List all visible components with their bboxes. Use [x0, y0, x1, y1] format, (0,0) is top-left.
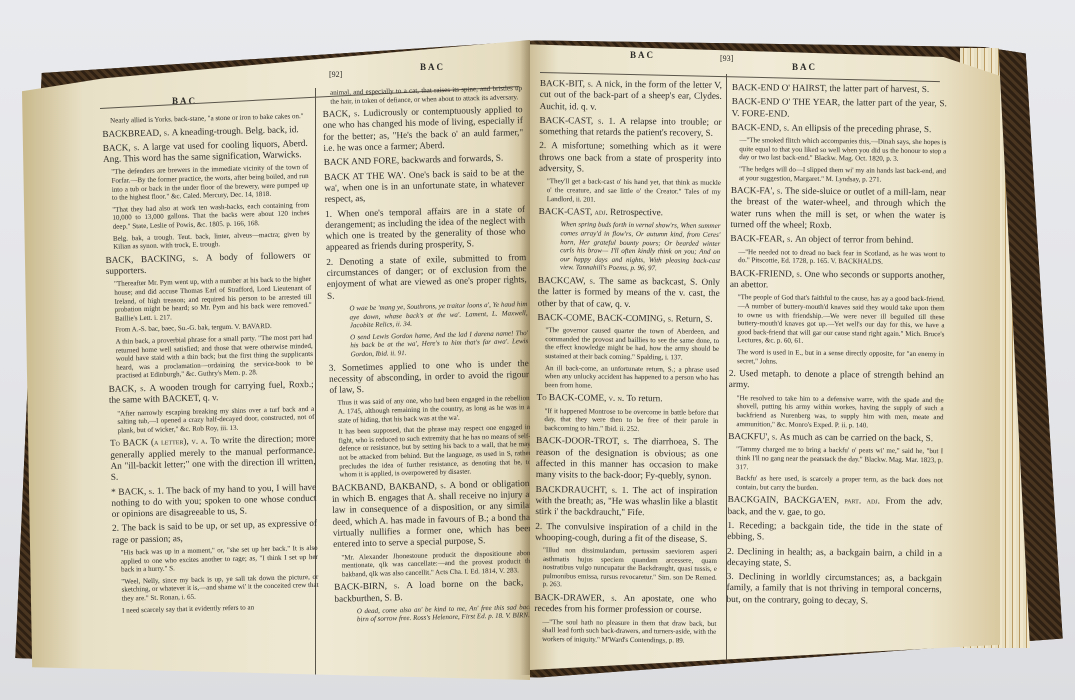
headword: 2. [539, 140, 551, 150]
dictionary-entry: BACK-DRAWER, s. An apostate, one who rec… [534, 592, 716, 616]
quotation: —"The smoked flitch which accompanies th… [739, 136, 946, 164]
headword: BACK-END, s. [731, 122, 791, 133]
headword: To BACK-COME, v. n. [537, 392, 627, 403]
quotation: animal, and especially to a cat, that ra… [330, 84, 522, 106]
dictionary-entry: BACK-END O' THE YEAR, the latter part of… [732, 96, 947, 121]
headword: 3. [329, 362, 342, 372]
headword: BACK-DOOR-TROT, s. [536, 435, 633, 446]
headword: BACK-FEAR, s. [730, 233, 795, 244]
headword: To BACK (a letter), v. a. [110, 436, 210, 448]
definition: As much as can be carried on the back, S… [780, 432, 933, 444]
headword: BACK-CAST, s. [540, 115, 609, 126]
dictionary-entry: BACKFU', s. As much as can be carried on… [728, 431, 943, 445]
right-running-head-2: BAC [792, 62, 817, 72]
dictionary-entry: BACK-CAST, adj. Retrospective. [539, 206, 721, 219]
dictionary-entry: BACKGAIN, BACKGA'EN, part. adj. From the… [727, 494, 942, 519]
definition: Sometimes applied to one who is under th… [329, 358, 529, 395]
dictionary-entry: BACKBAND, BAKBAND, s. A bond or obligati… [332, 478, 530, 551]
dictionary-entry: 2. Used metaph. to denote a place of str… [729, 368, 944, 393]
dictionary-entry: BACK-CAST, s. 1. A relapse into trouble;… [539, 115, 721, 139]
right-page-number: [93] [720, 54, 733, 63]
quotation: "Tammy charged me to bring a backfu' o' … [736, 446, 943, 474]
definition: Return, S. [676, 313, 713, 323]
headword: BACKBREAD, s. [102, 127, 171, 139]
verse-citation: When spring buds forth in vernal show'rs… [560, 221, 721, 274]
headword: BACK-FRIEND, s. [730, 268, 805, 279]
dictionary-entry: 1. When one's temporal affairs are in a … [325, 204, 526, 254]
quotation: "After narrowly escaping breaking my shi… [117, 404, 315, 435]
quotation: It has been supposed, that the phrase ma… [338, 423, 530, 479]
dictionary-entry: BACK, s. A large vat used for cooling li… [103, 138, 308, 166]
dictionary-entry: 3. Declining in worldly circumstances; a… [727, 571, 942, 607]
dictionary-entry: BACKCAW, s. The same as backcast, S. Onl… [538, 275, 720, 311]
quotation: "That they had also at work ten wash-bac… [112, 201, 310, 232]
dictionary-entry: BACK-END, s. An ellipsis of the precedin… [731, 122, 946, 136]
definition: Receding; a backgain tide, the tide in t… [727, 520, 942, 542]
quotation: "The hedges will do—I slipped them wi' m… [739, 165, 946, 184]
verse-citation: O send Lewis Gordon hame, And the lad I … [350, 329, 529, 359]
definition: When one's temporal affairs are in a sta… [325, 204, 525, 253]
quotation: —"The soul hath no pleasure in them that… [542, 618, 716, 646]
quotation: Backfu' as here used, is scarcely a prop… [736, 474, 943, 493]
quotation: "Illud non dissimulandum, pertussim saev… [543, 546, 717, 591]
headword: BACK-BIRN, s. [334, 580, 406, 592]
dictionary-entry: BACK AT THE WA'. One's back is said to b… [324, 167, 525, 206]
definition: An object of terror from behind. [795, 234, 913, 245]
definition: A kneading-trough. Belg. back, id. [171, 124, 298, 137]
dictionary-entry: BACK, s. Ludicrously or contemptuously a… [323, 104, 524, 154]
headword: BACK, s. [109, 383, 150, 394]
quotation: "Thereafter Mr. Pym went up, with a numb… [114, 275, 312, 323]
headword: BACK-CAST, adj. [539, 206, 611, 217]
definition: Declining in health; as, a backgain bair… [727, 546, 942, 568]
headword: 2. [727, 546, 737, 556]
left-column-1: Nearly allied is Yorks. back-stane, "a s… [102, 111, 319, 618]
quotation: "The people of God that's faithful to th… [737, 293, 945, 347]
headword: BACKGAIN, BACKGA'EN, part. adj. [728, 494, 886, 506]
quotation: "Weel, Nelly, since my back is up, ye sa… [121, 573, 319, 604]
right-running-head-1: BAC [630, 50, 655, 60]
headword: * BACK, s. [111, 485, 157, 496]
definition: An ellipsis of the preceding phrase, S. [791, 123, 931, 134]
right-column-1: BACK-BIT, s. A nick, in the form of the … [534, 78, 722, 648]
definition: the latter part of harvest, S. [829, 83, 929, 94]
headword: 2. [729, 368, 739, 378]
headword: 2. [112, 523, 122, 533]
headword: BACK-BIT, s. [540, 78, 596, 89]
verse-citation: O dead, come also an' be kind to me, An'… [357, 603, 530, 625]
quotation: An ill back-come, an unfortunate return,… [545, 364, 719, 392]
dictionary-entry: To BACK (a letter), v. a. To write the d… [110, 433, 316, 483]
left-page-number: [92] [329, 70, 342, 79]
dictionary-entry: BACKBREAD, s. A kneading-trough. Belg. b… [102, 124, 307, 140]
quotation: "If it happened Montrose to be overcome … [544, 407, 718, 435]
dictionary-entry: BACK-COME, BACK-COMING, s. Return, S. [537, 312, 719, 325]
quotation: —"He needed not to dread no back fear in… [738, 248, 945, 267]
quotation: "The governor caused quarter the town of… [545, 326, 719, 362]
headword: 2. [326, 256, 339, 266]
headword: BACK AT THE WA'. [324, 170, 409, 182]
dictionary-entry: BACK, BACKING, s. A body of followers or… [105, 250, 310, 278]
quotation: "The defenders are brewers in the immedi… [111, 163, 309, 202]
dictionary-entry: BACK, s. A wooden trough for carrying fu… [109, 379, 314, 407]
dictionary-entry: To BACK-COME, v. n. To return. [537, 392, 719, 405]
dictionary-entry: BACK-FEAR, s. An object of terror from b… [730, 233, 945, 247]
left-page: BAC [92] BAC Nearly allied is Yorks. bac… [22, 40, 530, 680]
dictionary-entry: BACKDRAUCHT, s. 1. The act of inspiratio… [535, 484, 717, 520]
dictionary-entry: BACK-FA', s. The side-sluice or outlet o… [730, 185, 945, 232]
dictionary-entry: 2. Declining in health; as, a backgain b… [727, 546, 942, 571]
dictionary-entry: BACK-FRIEND, s. One who seconds or suppo… [730, 268, 945, 293]
headword: 1. [727, 520, 739, 530]
definition: backwards and forwards, S. [401, 153, 503, 165]
quotation: The word is used in E., but in a sense d… [737, 348, 944, 367]
left-column-2: animal, and especially to a cat, that ra… [322, 83, 530, 628]
definition: Retrospective. [610, 207, 663, 218]
dictionary-entry: 2. Denoting a state of exile, submitted … [326, 252, 527, 302]
headword: BACK, BACKING, s. [105, 252, 205, 264]
headword: BACK-END O' THE YEAR, [732, 96, 843, 107]
dictionary-entry: BACK-END O' HAIRST, the latter part of h… [732, 82, 947, 96]
dictionary-entry: 2. The convulsive inspiration of a child… [535, 520, 717, 544]
definition: Used metaph. to denote a place of streng… [729, 368, 944, 389]
dictionary-entry: BACK-BIT, s. A nick, in the form of the … [540, 78, 722, 114]
dictionary-entry: 2. The back is said to be up, or set up,… [112, 518, 317, 546]
quotation: "They'll get a back-cast o' his hand yet… [547, 177, 721, 205]
quotation: I need scarcely say that it evidently re… [122, 601, 319, 614]
dictionary-entry: BACK-BIRN, s. A load borne on the back, … [334, 577, 530, 604]
quotation: Belg. bak, a trough. Teut. back, linter,… [113, 230, 310, 252]
dictionary-entry: BACK-DOOR-TROT, s. The diarrhoea, S. The… [536, 435, 718, 482]
headword: BACK AND FORE, [324, 155, 402, 167]
headword: 3. [727, 571, 739, 581]
headword: BACKCAW, s. [538, 275, 599, 286]
right-column-2: BACK-END O' HAIRST, the latter part of h… [726, 82, 946, 610]
dictionary-entry: 3. Sometimes applied to one who is under… [329, 358, 530, 397]
headword: BACK-FA', s. [731, 185, 785, 196]
definition: Declining in worldly circumstances; as, … [727, 571, 942, 605]
headword: BACKDRAUCHT, s. [536, 484, 622, 495]
definition: A misfortune; something which as it were… [539, 141, 721, 174]
dictionary-entry: 1. Receding; a backgain tide, the tide i… [727, 520, 942, 545]
headword: 1. [325, 208, 338, 218]
definition: To return. [626, 393, 662, 403]
right-page: BAC [93] BAC BACK-BIT, s. A nick, in the… [530, 38, 1000, 670]
verse-citation: O wae be 'mang ye, Southrons, ye traitor… [349, 300, 528, 330]
left-running-head-2: BAC [420, 62, 445, 72]
headword: BACKFU', s. [728, 431, 780, 442]
dictionary-entry: * BACK, s. 1. The back of my hand to you… [111, 481, 317, 520]
headword: 2. [535, 520, 546, 530]
headword: BACK-END O' HAIRST, [732, 82, 830, 93]
definition: The convulsive inspiration of a child in… [535, 521, 717, 544]
headword: BACK, s. [103, 142, 143, 153]
definition: Denoting a state of exile, submitted to … [326, 252, 526, 301]
dictionary-entry: 2. A misfortune; something which as it w… [539, 140, 721, 176]
quotation: "His back was up in a moment," or, "she … [121, 544, 319, 575]
quotation: Thus it was said of any one, who had bee… [338, 394, 530, 424]
headword: BACK-COME, BACK-COMING, s. [537, 312, 675, 323]
definition: The back is said to be up, or set up, as… [112, 518, 317, 544]
quotation: A thin back, a proverbial phrase for a s… [115, 333, 313, 381]
headword: BACK-DRAWER, s. [535, 592, 624, 603]
quotation: "He resolved to take him to a defensive … [736, 394, 943, 431]
dictionary-entry: BACK AND FORE, backwards and forwards, S… [324, 152, 524, 168]
quotation: "Mr. Alexander Jhonestoune producit the … [341, 548, 530, 578]
headword: BACK, s. [323, 108, 364, 119]
